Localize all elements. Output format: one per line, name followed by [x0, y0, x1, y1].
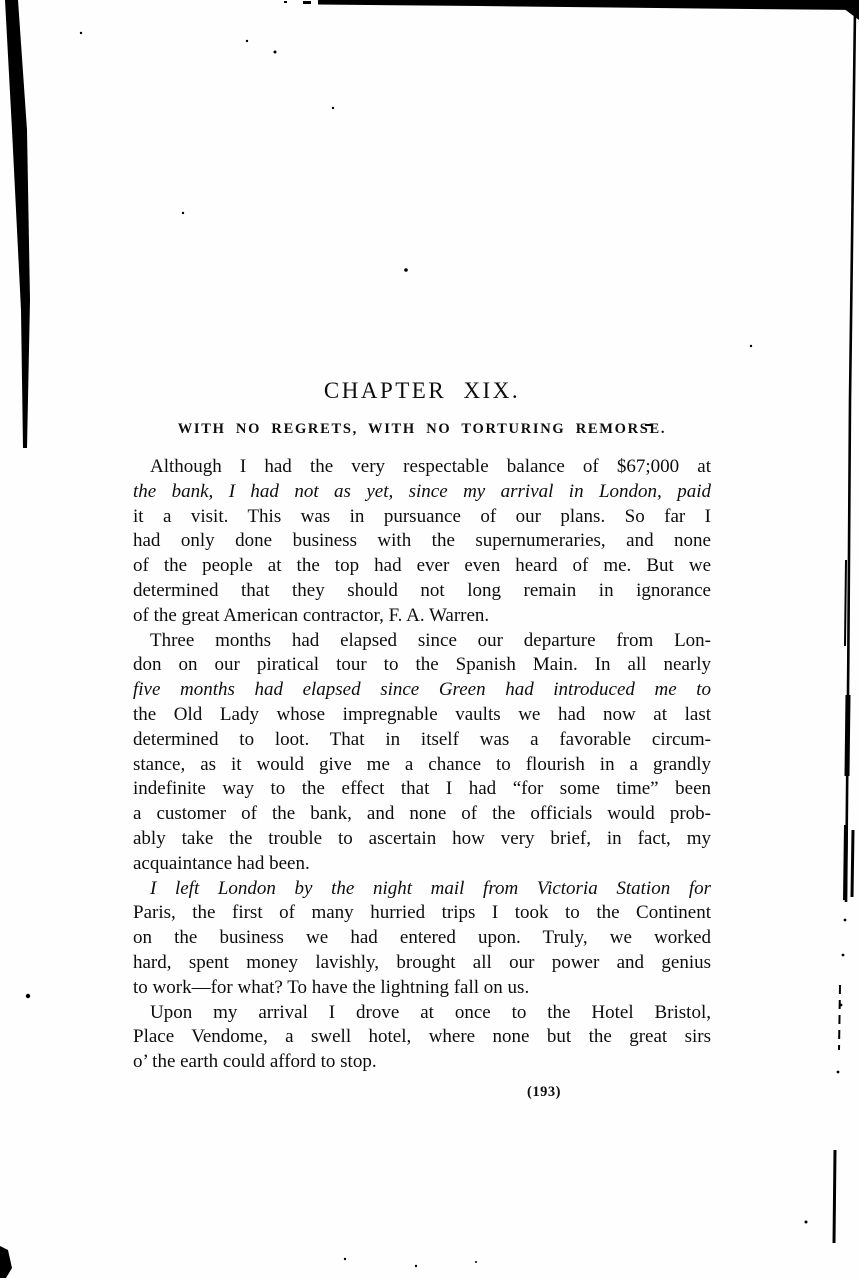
- speckle: [844, 919, 847, 922]
- page-number: (193): [527, 1084, 561, 1101]
- paragraph: Although I had the very respectable bala…: [133, 455, 711, 629]
- text-line: it a visit. This was in pursuance of our…: [133, 505, 711, 530]
- text-line: acquaintance had been.: [133, 852, 711, 877]
- text-line: ably take the trouble to ascertain how v…: [133, 827, 711, 852]
- text-line: stance, as it would give me a chance to …: [133, 753, 711, 778]
- speckle: [475, 1261, 477, 1263]
- text-line: determined that they should not long rem…: [133, 579, 711, 604]
- top-edge-dash: [303, 1, 311, 4]
- text-line: indefinite way to the effect that I had …: [133, 777, 711, 802]
- speckle: [274, 51, 277, 54]
- text-line: Three months had elapsed since our depar…: [133, 629, 711, 654]
- speckle: [26, 994, 30, 998]
- text-line: Place Vendome, a swell hotel, where none…: [133, 1025, 711, 1050]
- text-line: o’ the earth could afford to stop.: [133, 1050, 711, 1075]
- text-line: the bank, I had not as yet, since my arr…: [133, 480, 711, 505]
- text-line: Paris, the first of many hurried trips I…: [133, 901, 711, 926]
- left-edge-mark: [5, 0, 30, 448]
- right-gutter-line: [847, 695, 848, 776]
- paragraph: I left London by the night mail from Vic…: [133, 877, 711, 1001]
- text-line: Although I had the very respectable bala…: [133, 455, 711, 480]
- top-edge-dash: [284, 1, 287, 3]
- speckle: [805, 1221, 808, 1224]
- right-gutter-dashes: [839, 985, 840, 1050]
- speckle: [837, 1071, 840, 1074]
- right-gutter-line: [834, 1150, 835, 1243]
- body-text: Although I had the very respectable bala…: [133, 455, 711, 1075]
- text-line: the Old Lady whose impregnable vaults we…: [133, 703, 711, 728]
- speckle: [404, 268, 408, 272]
- text-line: determined to loot. That in itself was a…: [133, 728, 711, 753]
- text-line: five months had elapsed since Green had …: [133, 678, 711, 703]
- right-gutter-line: [852, 830, 853, 897]
- speckle: [344, 1258, 346, 1260]
- top-right-tick: [843, 8, 859, 20]
- paragraph: Upon my arrival I drove at once to the H…: [133, 1001, 711, 1075]
- text-line: to work—for what? To have the lightning …: [133, 976, 711, 1001]
- scanned-book-page: CHAPTER XIX. WITH NO REGRETS, WITH NO TO…: [0, 0, 859, 1279]
- chapter-heading: CHAPTER XIX.: [133, 378, 711, 404]
- right-gutter-line: [845, 560, 846, 646]
- speckle: [842, 954, 845, 957]
- speckle: [332, 107, 334, 109]
- speckle: [80, 32, 82, 34]
- speckle: [182, 212, 184, 214]
- right-gutter-line: [846, 9, 855, 902]
- right-gutter-line: [845, 825, 846, 900]
- speckle: [750, 345, 752, 347]
- speckle: [415, 1265, 417, 1267]
- text-line: a customer of the bank, and none of the …: [133, 802, 711, 827]
- text-line: of the great American contractor, F. A. …: [133, 604, 711, 629]
- top-edge-mark: [318, 0, 859, 10]
- text-line: on the business we had entered upon. Tru…: [133, 926, 711, 951]
- text-line: had only done business with the supernum…: [133, 529, 711, 554]
- chapter-subtitle: WITH NO REGRETS, WITH NO TORTURING REMOR…: [133, 421, 711, 438]
- speckle: [840, 1004, 843, 1007]
- text-line: Upon my arrival I drove at once to the H…: [133, 1001, 711, 1026]
- text-line: of the people at the top had ever even h…: [133, 554, 711, 579]
- text-line: don on our piratical tour to the Spanish…: [133, 653, 711, 678]
- speckle: [246, 40, 248, 42]
- paragraph: Three months had elapsed since our depar…: [133, 629, 711, 877]
- text-line: I left London by the night mail from Vic…: [133, 877, 711, 902]
- bottom-left-mark: [0, 1246, 12, 1278]
- text-line: hard, spent money lavishly, brought all …: [133, 951, 711, 976]
